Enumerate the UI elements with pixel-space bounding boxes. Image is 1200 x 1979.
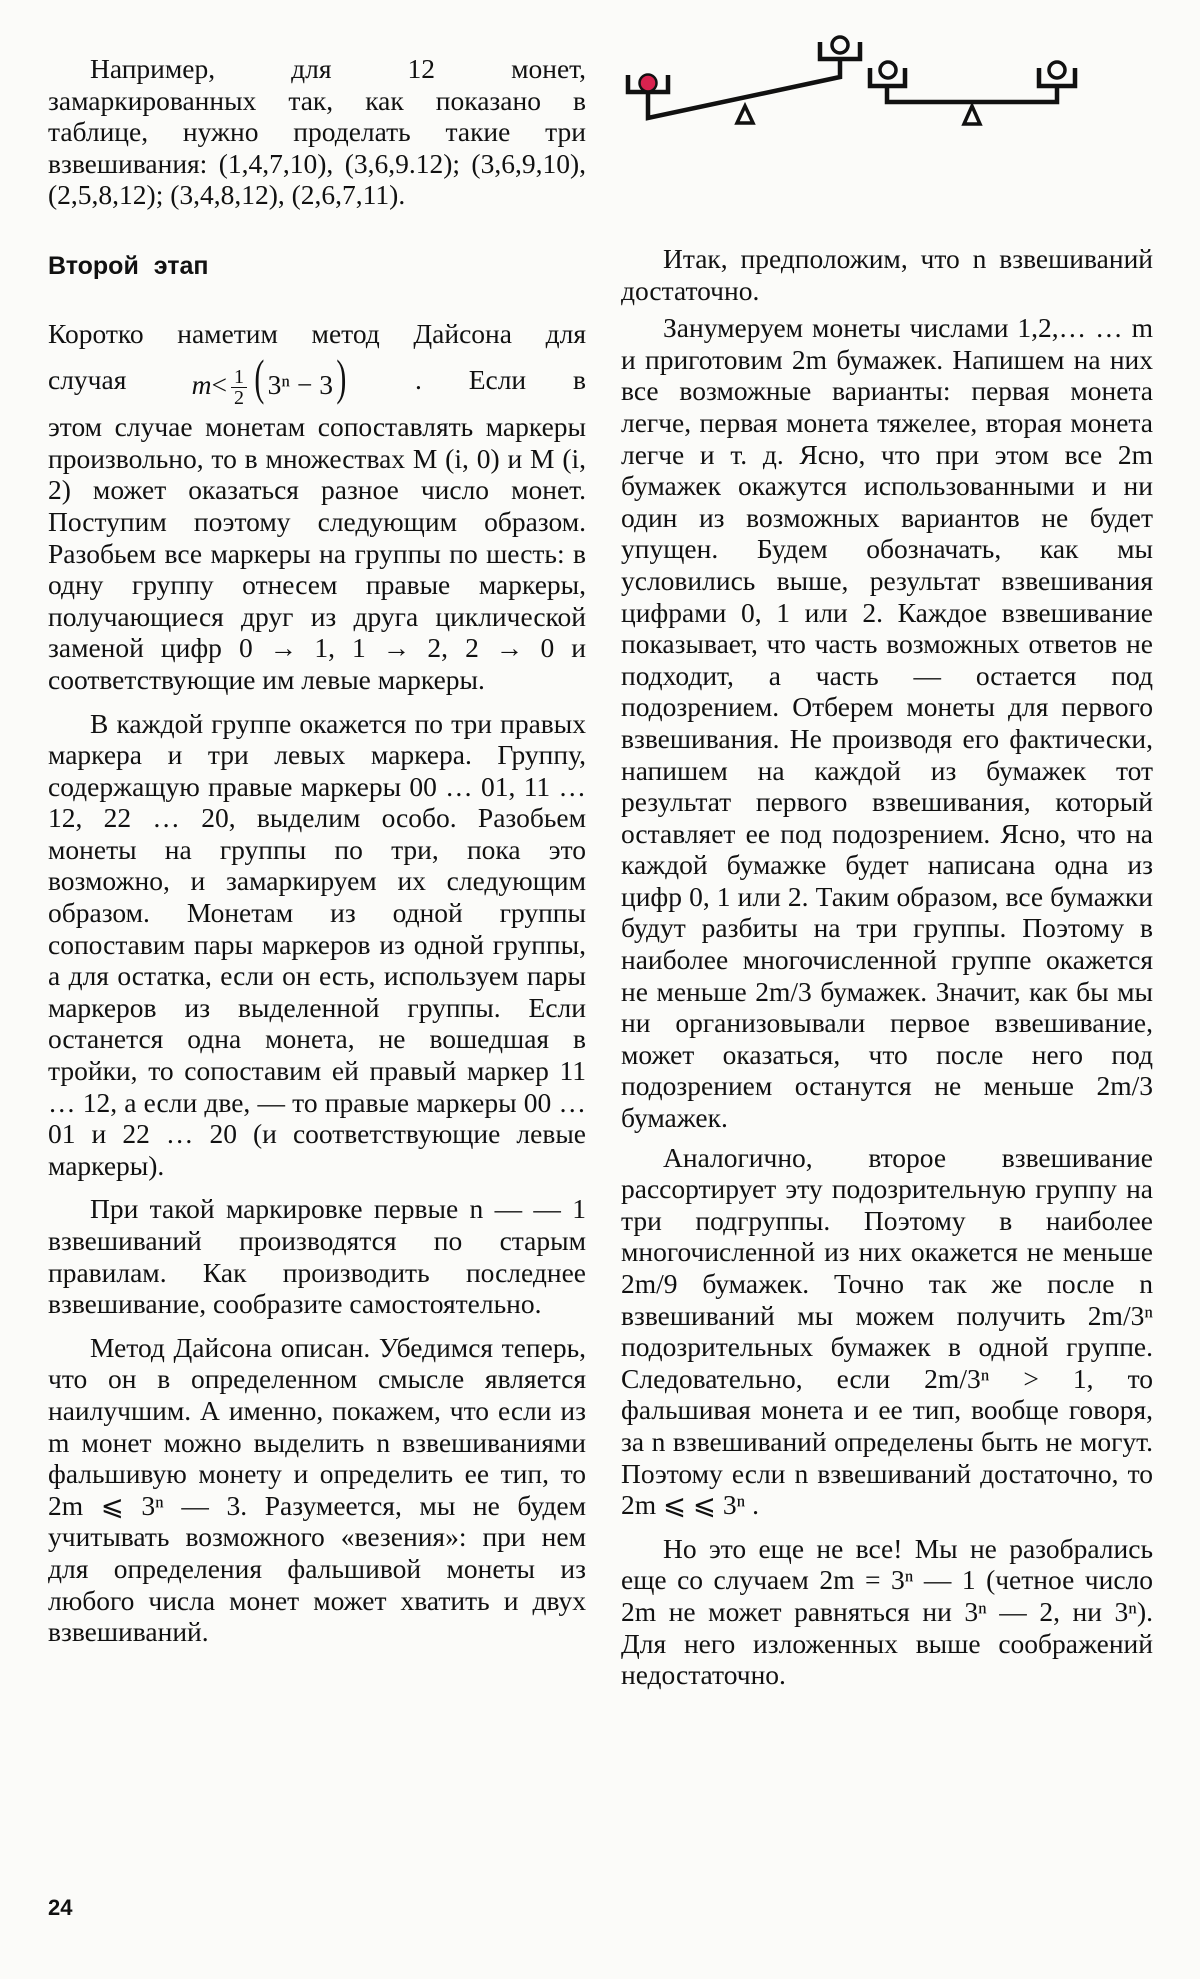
right-column: Итак, предположим, что n взвешиваний дос… bbox=[621, 243, 1153, 1691]
balance-scales-illustration bbox=[600, 0, 1200, 200]
fraction-numerator: 1 bbox=[231, 367, 247, 388]
formula: m<12(3ⁿ − 3) bbox=[192, 352, 350, 408]
page-number: 24 bbox=[48, 1895, 72, 1921]
section-heading: Второй этап bbox=[48, 251, 586, 283]
tilted-scale-icon bbox=[628, 37, 860, 123]
formula-lt: < bbox=[211, 369, 227, 400]
paragraph-dyson-intro-line1: Коротко наметим метод Дайсона для bbox=[48, 318, 586, 350]
paragraph-example-weighings: Например, для 12 монет, замаркированных … bbox=[48, 53, 586, 211]
heavy-coin-icon bbox=[640, 75, 657, 92]
left-column: Например, для 12 монет, замаркированных … bbox=[48, 53, 586, 1648]
balanced-scale-icon bbox=[870, 62, 1075, 124]
paren-open: ( bbox=[254, 352, 264, 402]
formula-line: случая m<12(3ⁿ − 3) . Если в bbox=[48, 349, 586, 411]
fraction-denominator: 2 bbox=[234, 388, 244, 408]
paragraph-marking: При такой маркировке первые n — — 1 взве… bbox=[48, 1193, 586, 1319]
formula-case-word: случая bbox=[48, 364, 126, 396]
formula-m: m bbox=[192, 369, 212, 400]
formula-expression: 3ⁿ − 3 bbox=[268, 369, 333, 400]
paragraph-papers: Занумеруем монеты числами 1,2,… … m и пр… bbox=[621, 312, 1153, 1133]
paragraph-analogous: Аналогично, второе взвешивание рассортир… bbox=[621, 1142, 1153, 1521]
paragraph-not-all: Но это еще не все! Мы не разобрались еще… bbox=[621, 1533, 1153, 1691]
paragraph-optimality: Метод Дайсона описан. Убедимся теперь, ч… bbox=[48, 1332, 586, 1648]
paren-close: ) bbox=[336, 352, 346, 402]
formula-fraction: 12 bbox=[231, 367, 247, 408]
paragraph-dyson-intro: этом случае монетам сопоставлять маркеры… bbox=[48, 411, 586, 695]
paragraph-groups: В каждой группе окажется по три правых м… bbox=[48, 708, 586, 1182]
paragraph-suppose: Итак, предположим, что n взвешиваний дос… bbox=[621, 243, 1153, 306]
formula-tail: . Если в bbox=[415, 364, 586, 396]
